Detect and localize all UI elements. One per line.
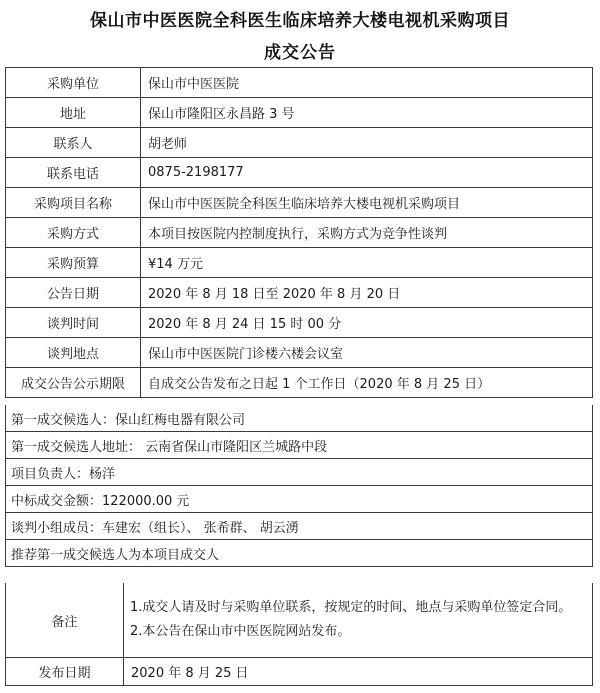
row-value: 保山市中医医院: [141, 68, 593, 98]
row-value: 自成交公告发布之日起 1 个工作日（2020 年 8 月 25 日）: [141, 368, 593, 398]
procurement-info-table: 采购单位 保山市中医医院 地址 保山市隆阳区永昌路 3 号 联系人 胡老师 联系…: [5, 67, 593, 398]
notes-content: 1.成交人请及时与采购单位联系，按规定的时间、地点与采购单位签定合同。 2.本公…: [124, 583, 593, 658]
row-label: 谈判时间: [6, 308, 141, 338]
table-row-first-candidate: 第一成交候选人：保山红梅电器有限公司: [6, 405, 593, 432]
row-value: 保山市隆阳区永昌路 3 号: [141, 98, 593, 128]
publish-date-value: 2020 年 8 月 25 日: [124, 658, 593, 686]
table-row-procurement-method: 采购方式 本项目按医院内控制度执行，采购方式为竞争性谈判: [6, 218, 593, 248]
table-row-contact: 联系人 胡老师: [6, 128, 593, 158]
table-row-announcement-date: 公告日期 2020 年 8 月 18 日至 2020 年 8 月 20 日: [6, 278, 593, 308]
row-label: 公告日期: [6, 278, 141, 308]
table-row-phone: 联系电话 0875-2198177: [6, 158, 593, 188]
row-value: 胡老师: [141, 128, 593, 158]
table-row-notes: 备注 1.成交人请及时与采购单位联系，按规定的时间、地点与采购单位签定合同。 2…: [6, 583, 593, 658]
table-row-publish-date: 发布日期 2020 年 8 月 25 日: [6, 658, 593, 686]
notes-label: 备注: [6, 583, 124, 658]
row-value: 本项目按医院内控制度执行，采购方式为竞争性谈判: [141, 218, 593, 248]
table-row-budget: 采购预算 ¥14 万元: [6, 248, 593, 278]
row-label: 采购方式: [6, 218, 141, 248]
row-text: 推荐第一成交候选人为本项目成交人: [6, 540, 593, 567]
table-row-candidate-address: 第一成交候选人地址： 云南省保山市隆阳区兰城路中段: [6, 432, 593, 459]
row-label: 采购预算: [6, 248, 141, 278]
award-result-table: 第一成交候选人：保山红梅电器有限公司 第一成交候选人地址： 云南省保山市隆阳区兰…: [5, 405, 593, 567]
document-subtitle: 成交公告: [0, 38, 600, 63]
notes-line-1: 1.成交人请及时与采购单位联系，按规定的时间、地点与采购单位签定合同。: [130, 596, 586, 620]
row-value: 保山市中医医院全科医生临床培养大楼电视机采购项目: [141, 188, 593, 218]
row-label: 联系人: [6, 128, 141, 158]
table-row-address: 地址 保山市隆阳区永昌路 3 号: [6, 98, 593, 128]
publish-date-label: 发布日期: [6, 658, 124, 686]
row-value: ¥14 万元: [141, 248, 593, 278]
table-row-project-manager: 项目负责人：杨洋: [6, 459, 593, 486]
row-text: 中标成交金额：122000.00 元: [6, 486, 593, 513]
table-row-purchaser: 采购单位 保山市中医医院: [6, 68, 593, 98]
row-value: 0875-2198177: [141, 158, 593, 188]
table-row-recommendation: 推荐第一成交候选人为本项目成交人: [6, 540, 593, 567]
table-row-negotiation-panel: 谈判小组成员：车建宏（组长）、 张希群、 胡云湧: [6, 513, 593, 540]
row-label: 谈判地点: [6, 338, 141, 368]
table-row-negotiation-location: 谈判地点 保山市中医医院门诊楼六楼会议室: [6, 338, 593, 368]
notes-line-2: 2.本公告在保山市中医医院网站发布。: [130, 620, 586, 644]
row-text: 项目负责人：杨洋: [6, 459, 593, 486]
row-text: 谈判小组成员：车建宏（组长）、 张希群、 胡云湧: [6, 513, 593, 540]
row-value: 2020 年 8 月 24 日 15 时 00 分: [141, 308, 593, 338]
table-row-publicity-period: 成交公告公示期限 自成交公告发布之日起 1 个工作日（2020 年 8 月 25…: [6, 368, 593, 398]
table-row-negotiation-time: 谈判时间 2020 年 8 月 24 日 15 时 00 分: [6, 308, 593, 338]
row-value: 2020 年 8 月 18 日至 2020 年 8 月 20 日: [141, 278, 593, 308]
row-label: 联系电话: [6, 158, 141, 188]
row-label: 成交公告公示期限: [6, 368, 141, 398]
row-label: 采购项目名称: [6, 188, 141, 218]
row-value: 保山市中医医院门诊楼六楼会议室: [141, 338, 593, 368]
table-row-award-amount: 中标成交金额：122000.00 元: [6, 486, 593, 513]
notes-table: 备注 1.成交人请及时与采购单位联系，按规定的时间、地点与采购单位签定合同。 2…: [5, 583, 593, 686]
row-label: 地址: [6, 98, 141, 128]
row-text: 第一成交候选人地址： 云南省保山市隆阳区兰城路中段: [6, 432, 593, 459]
row-label: 采购单位: [6, 68, 141, 98]
row-text: 第一成交候选人：保山红梅电器有限公司: [6, 405, 593, 432]
table-row-project-name: 采购项目名称 保山市中医医院全科医生临床培养大楼电视机采购项目: [6, 188, 593, 218]
document-title: 保山市中医医院全科医生临床培养大楼电视机采购项目: [0, 6, 600, 31]
